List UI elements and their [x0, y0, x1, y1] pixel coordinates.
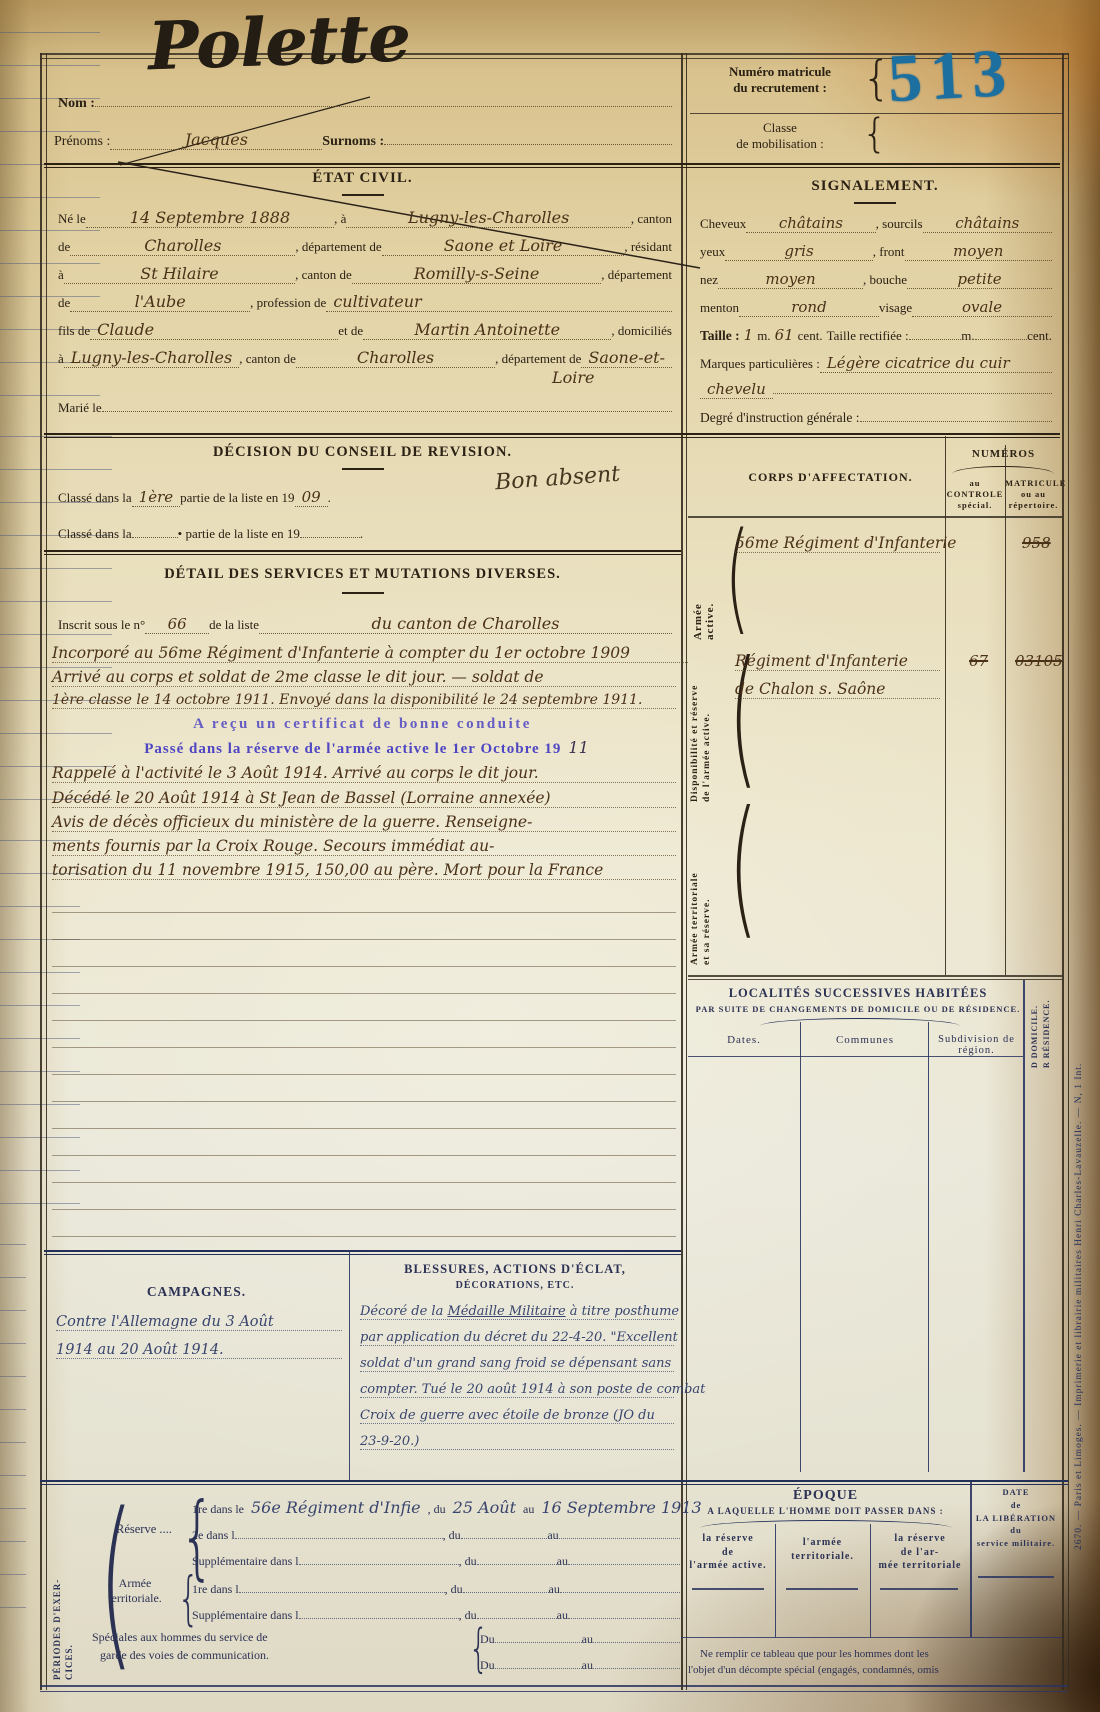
campagnes-title: CAMPAGNES.: [44, 1284, 349, 1300]
localites-brace: [760, 1018, 960, 1026]
label: Inscrit sous le n°: [58, 617, 145, 633]
label: fils de: [58, 323, 90, 339]
label: cent.: [1027, 328, 1052, 344]
blessures-title: BLESSURES, ACTIONS D'ÉCLAT,: [349, 1262, 681, 1277]
dispo-label-2: de l'armée active.: [702, 652, 712, 802]
ec-row3: à St Hilaire , canton de Romilly-s-Seine…: [58, 264, 672, 284]
label: .: [328, 490, 331, 506]
ec-row6: à Lugny-les-Charolles , canton de Charol…: [58, 348, 672, 368]
sig-row3: nez moyen , bouche petite: [700, 270, 1052, 289]
label: m.: [961, 328, 974, 344]
label: visage: [879, 300, 912, 316]
periodes-label-1: PÉRIODES D'EXER-: [52, 1530, 62, 1680]
label: yeux: [700, 244, 725, 260]
prenoms-value: Jacques: [110, 130, 322, 150]
sig-degre-row: Degré d'instruction générale :: [700, 410, 1052, 426]
localites-top-line-2: [688, 979, 1062, 980]
service-entry: Avis de décès officieux du ministère de …: [52, 813, 676, 832]
services-dash: [342, 592, 384, 594]
parents-departement-wrap: Loire: [545, 368, 602, 387]
classe-brace: {: [862, 116, 887, 152]
speciales-label-1: Spéciales aux hommes du service de: [92, 1630, 268, 1645]
label: Cheveux: [700, 216, 746, 232]
chin-value: rond: [739, 298, 879, 317]
blank: [495, 1640, 582, 1643]
blank: [300, 535, 360, 538]
list-origin: du canton de Charolles: [259, 614, 672, 634]
ec-row4: de l'Aube , profession de cultivateur: [58, 292, 672, 312]
label: .: [360, 526, 363, 542]
forehead-value: moyen: [905, 242, 1052, 261]
eyebrows-value: châtains: [923, 214, 1052, 233]
parents-canton: Charolles: [296, 348, 495, 368]
localites-title: LOCALITÉS SUCCESSIVES HABITÉES: [688, 986, 1028, 1001]
label: au: [549, 1582, 560, 1597]
corps-entry-1-matricule: 958: [1015, 534, 1058, 552]
service-entry: Rappelé à l'activité le 3 Août 1914. Arr…: [52, 764, 676, 783]
sig-taille-row: Taille : 1 m. 61 cent. Taille rectifiée …: [700, 326, 1052, 344]
marie-row: Marié le: [58, 400, 672, 416]
label: et de: [338, 323, 363, 339]
mouth-value: petite: [907, 270, 1052, 289]
label: , département de: [295, 239, 381, 255]
blessures-entry: 23-9-20.): [360, 1434, 674, 1450]
armee-active-label-2: active.: [704, 530, 716, 640]
label: m.: [757, 328, 770, 344]
classe-label: Classede mobilisation :: [700, 120, 860, 152]
armee-territoriale-label: Armée territoriale.: [104, 1576, 166, 1606]
epoque-title: ÉPOQUE: [681, 1488, 970, 1504]
localites-subtitle: PAR SUITE DE CHANGEMENTS DE DOMICILE OU …: [688, 1004, 1028, 1014]
reserve-stamp-year-hw: 11: [561, 738, 595, 757]
printer-imprint: 2670. — Paris et Limoges. — Imprimerie e…: [1074, 830, 1084, 1550]
epoque-note-line2: l'objet d'un décompte spécial (engagés, …: [688, 1664, 1060, 1676]
communes-col-header: Communes: [800, 1034, 930, 1046]
reserve-stamp-row: Passé dans la réserve de l'armée active …: [70, 738, 670, 758]
blank: [477, 1616, 557, 1619]
label: , canton de: [239, 351, 296, 367]
per-row-r3: Supplémentaire dans l , du au: [192, 1554, 680, 1569]
blessures-entry: Décoré de la Médaille Militaire à titre …: [360, 1304, 674, 1320]
dates-col-header: Dates.: [688, 1034, 800, 1046]
label: Marié le: [58, 400, 102, 416]
decision-title: DÉCISION DU CONSEIL DE REVISION.: [44, 444, 681, 461]
ec-row1: Né le 14 Septembre 1888 , à Lugny-les-Ch…: [58, 208, 672, 228]
sig-row4: menton rond visage ovale: [700, 298, 1052, 317]
prenoms-row: Prénoms : Jacques Surnoms :: [54, 130, 672, 150]
label: au: [557, 1554, 568, 1569]
per-row-t1: 1re dans l , du au: [192, 1582, 680, 1597]
label: , sourcils: [876, 216, 923, 232]
bonne-conduite-stamp: A reçu un certificat de bonne conduite: [44, 716, 681, 733]
height-cm: 61: [771, 326, 798, 344]
per-row-s1: Du au: [480, 1632, 680, 1647]
residence-canton: Romilly-s-Seine: [352, 264, 601, 284]
corps-entry-2a: Régiment d'Infanterie: [735, 652, 940, 671]
blank: [463, 1590, 549, 1593]
blank: [235, 1536, 443, 1539]
sig-marques-row: Marques particulières : Légère cicatrice…: [700, 354, 1052, 373]
nom-row: Nom :: [58, 96, 672, 112]
epoque-col3-underline: [880, 1588, 958, 1590]
hair-value: châtains: [746, 214, 875, 233]
eyes-value: gris: [725, 242, 872, 261]
section-rule: [44, 550, 681, 555]
label: , résidant: [624, 239, 672, 255]
epoque-subtitle: A LAQUELLE L'HOMME DOIT PASSER DANS :: [681, 1506, 970, 1516]
epoque-col1-header: la réserve de l'armée active.: [681, 1532, 775, 1573]
frame-bottom-inner: [40, 1691, 1068, 1692]
etat-civil-title: ÉTAT CIVIL.: [44, 170, 681, 187]
sig-row2: yeux gris , front moyen: [700, 242, 1052, 261]
label: , département de: [495, 351, 581, 367]
epoque-col1-underline: [692, 1588, 764, 1590]
service-entry: Décédé le 20 Août 1914 à St Jean de Bass…: [52, 789, 676, 808]
localites-vline-1: [800, 1022, 801, 1472]
services-inscrit-row: Inscrit sous le n° 66 de la liste du can…: [58, 614, 672, 634]
decision-dash: [342, 468, 384, 470]
label: Du: [480, 1658, 495, 1673]
label: , du: [445, 1582, 463, 1597]
blank: [495, 1666, 582, 1669]
label: cent.: [798, 328, 823, 344]
armee-active-label-1: Armée: [692, 530, 704, 640]
marks-value: Légère cicatrice du cuir: [820, 354, 1052, 373]
campagnes-top-rule: [44, 1250, 681, 1255]
corps-affectation-header: CORPS D'AFFECTATION.: [716, 470, 945, 485]
sig-row1: Cheveux châtains , sourcils châtains: [700, 214, 1052, 233]
label: Taille :: [700, 328, 740, 344]
localites-vline-2: [928, 1022, 929, 1472]
localites-header-line: [688, 1056, 1023, 1057]
epoque-col2-header: l'armée territoriale.: [775, 1536, 870, 1563]
liberation-date-header: DATE de LA LIBÉRATION du service militai…: [970, 1486, 1062, 1550]
frame-bottom: [40, 1685, 1068, 1687]
epoque-note-line1: Ne remplir ce tableau que pour les homme…: [700, 1648, 1060, 1660]
per-row-t2: Supplémentaire dans l , du au: [192, 1608, 680, 1623]
surname-script: Polette: [147, 0, 569, 85]
label: 2e dans l: [192, 1528, 235, 1543]
birth-canton: Charolles: [70, 236, 295, 256]
blank: [299, 1616, 459, 1619]
epoque-col3-header: la réserve de l'ar- mée territoriale: [870, 1532, 970, 1573]
campagnes-entry: 1914 au 20 Août 1914.: [56, 1342, 342, 1359]
blank: [559, 1536, 680, 1539]
birth-date: 14 Septembre 1888: [86, 208, 334, 228]
label: Degré d'instruction générale :: [700, 410, 860, 426]
etat-civil-dash: [342, 194, 384, 196]
blessures-subtitle: DÉCORATIONS, ETC.: [349, 1280, 681, 1291]
marie-blank: [102, 409, 672, 412]
localites-top-line: [688, 975, 1062, 977]
services-title: DÉTAIL DES SERVICES ET MUTATIONS DIVERSE…: [44, 566, 681, 583]
nom-label: Nom :: [58, 96, 95, 112]
label: Marques particulières :: [700, 356, 820, 372]
blessures-entry: soldat d'un grand sang froid se dépensan…: [360, 1356, 674, 1372]
reserve-label: Réserve ....: [116, 1522, 172, 1537]
label: , profession de: [250, 295, 326, 311]
label: , département: [601, 267, 672, 283]
decision-row2: Classé dans la • partie de la liste en 1…: [58, 526, 478, 542]
signalement-dash: [854, 202, 896, 204]
residence-departement: l'Aube: [70, 292, 250, 312]
label: au: [547, 1528, 558, 1543]
label: , domiciliés: [611, 323, 672, 339]
label: , front: [873, 244, 905, 260]
campagnes-entry: Contre l'Allemagne du 3 Août: [56, 1314, 342, 1331]
blank: [299, 1562, 459, 1565]
label: 1re dans l: [192, 1582, 239, 1597]
military-register-sheet: Polette Nom : Prénoms : Jacques Surnoms …: [0, 0, 1100, 1712]
numeros-brace: [952, 466, 1054, 474]
list-number: 66: [145, 615, 209, 634]
service-entry: torisation du 11 novembre 1915, 150,00 a…: [52, 861, 676, 880]
blessures-entry: par application du décret du 22-4-20. "E…: [360, 1330, 674, 1346]
decision-note: Bon absent: [494, 462, 621, 496]
matricule-number-stamp: 513: [886, 33, 1016, 118]
list-part-value: 1ère: [132, 488, 180, 507]
parents-departement: Saone-et-: [581, 348, 672, 368]
epoque-brace: [700, 1520, 952, 1528]
ec-row5: fils de Claude et de Martin Antoinette ,…: [58, 320, 672, 340]
label: Né le: [58, 211, 86, 227]
service-entry: Arrivé au corps et soldat de 2me classe …: [52, 668, 676, 687]
blank: [975, 337, 1028, 340]
label: de: [58, 239, 70, 255]
epoque-vline-2: [870, 1524, 871, 1637]
corps-vline-1: [945, 436, 946, 975]
nose-value: moyen: [718, 270, 863, 289]
service-entry: 1ère classe le 14 octobre 1911. Envoyé d…: [52, 692, 676, 709]
label: menton: [700, 300, 739, 316]
mother-name: Martin Antoinette: [363, 320, 611, 340]
residence: St Hilaire: [64, 264, 295, 284]
label: Classé dans la: [58, 526, 132, 542]
matricule-label: Numéro matriculedu recrutement :: [700, 64, 860, 96]
label: au: [523, 1502, 534, 1517]
parents-domicile: Lugny-les-Charolles: [64, 348, 239, 368]
text: à titre posthume: [566, 1304, 679, 1319]
epoque-vline-1: [775, 1524, 776, 1637]
height-m: 1: [740, 326, 758, 344]
domicile-col-header-1: D DOMICILE.: [1030, 988, 1039, 1068]
blank: [909, 337, 962, 340]
blank: [860, 419, 1053, 422]
blank: [239, 1590, 445, 1593]
sig-marques-row2: chevelu: [700, 380, 1052, 399]
subdivision-col-header: Subdivision de région.: [928, 1034, 1025, 1056]
label: Supplémentaire dans l: [192, 1608, 299, 1623]
label: , du: [443, 1528, 461, 1543]
dispo-label-1: Disponibilité et réserve: [690, 652, 700, 802]
domicile-col-header-2: R RÉSIDENCE.: [1042, 988, 1051, 1068]
reserve-stamp: Passé dans la réserve de l'armée active …: [144, 741, 561, 758]
blank: [568, 1562, 680, 1565]
epoque-col2-underline: [786, 1588, 858, 1590]
decision-row1: Classé dans la 1ère partie de la liste e…: [58, 488, 478, 507]
blank: [461, 1536, 548, 1539]
localites-vline-3: [1023, 980, 1025, 1472]
label: , du: [428, 1502, 446, 1517]
father-name: Claude: [90, 320, 338, 340]
blank-ruled-lines: [52, 886, 676, 1246]
face-value: ovale: [912, 298, 1052, 317]
label: , à: [334, 211, 346, 227]
label: Classé dans la: [58, 490, 132, 506]
label: au: [557, 1608, 568, 1623]
service-entry: Incorporé au 56me Régiment d'Infanterie …: [52, 644, 688, 663]
blank: [593, 1640, 680, 1643]
blessures-entry: compter. Tué le 20 août 1914 à son poste…: [360, 1382, 674, 1398]
blank: [560, 1590, 680, 1593]
list-year-value: 09: [295, 488, 328, 507]
text: Décoré de la: [360, 1304, 447, 1319]
signalement-title: SIGNALEMENT.: [688, 178, 1062, 195]
speciales-label-2: garde des voies de communication.: [100, 1648, 269, 1663]
reserve-period-start: 25 Août: [446, 1498, 523, 1517]
profession: cultivateur: [326, 292, 672, 312]
group3-brace: (: [729, 800, 758, 935]
blank: [132, 535, 178, 538]
surnoms-blank: [384, 142, 672, 145]
label: , bouche: [863, 272, 907, 288]
label: , canton: [631, 211, 672, 227]
reserve-regiment-value: 56e Régiment d'Infie: [244, 1498, 428, 1517]
birth-departement: Saone et Loire: [382, 236, 625, 256]
corps-entry-2-controle: 67: [962, 652, 995, 670]
epoque-date-underline: [978, 1576, 1054, 1578]
corps-vline-2: [1005, 445, 1006, 975]
label: , du: [459, 1554, 477, 1569]
label: de la liste: [209, 617, 259, 633]
corps-entry-1: 56me Régiment d'Infanterie: [735, 534, 940, 553]
birth-place: Lugny-les-Charolles: [346, 208, 630, 228]
corps-entry-2b: de Chalon s. Saône: [735, 680, 940, 699]
epoque-bottom-line: [681, 1637, 1062, 1638]
blank: [568, 1616, 680, 1619]
service-entry: ments fournis par la Croix Rouge. Secour…: [52, 837, 676, 856]
periodes-label-2: CICES.: [64, 1530, 74, 1680]
controle-col-header: au CONTROLE spécial.: [945, 478, 1005, 511]
label: au: [582, 1632, 593, 1647]
label: Taille rectifiée :: [827, 328, 909, 344]
label: Supplémentaire dans l: [192, 1554, 299, 1569]
label: au: [582, 1658, 593, 1673]
nom-blank: [95, 104, 672, 107]
section-rule: [44, 433, 1060, 438]
marks-value-2: chevelu: [700, 380, 773, 399]
matricule-col-header: MATRICULE ou au répertoire.: [1005, 478, 1062, 511]
label: 1re dans le: [192, 1502, 244, 1517]
label: , canton de: [295, 267, 352, 283]
prenoms-label: Prénoms :: [54, 134, 110, 150]
label: de: [58, 295, 70, 311]
surnoms-label: Surnoms :: [322, 134, 384, 150]
territoriale-label-1: Armée territoriale: [690, 800, 700, 965]
blessures-entry: Croix de guerre avec étoile de bronze (J…: [360, 1408, 674, 1424]
label: • partie de la liste en 19: [178, 526, 300, 542]
ec-row2: de Charolles , département de Saone et L…: [58, 236, 672, 256]
per-row-s2: Du au: [480, 1658, 680, 1673]
label: Du: [480, 1632, 495, 1647]
label: nez: [700, 272, 718, 288]
territoriale-label-2: et sa réserve.: [702, 800, 712, 965]
epoque-vline-3: [970, 1482, 972, 1637]
numeros-header: NUMÉROS: [945, 448, 1062, 460]
localites-rows: [0, 1212, 26, 1616]
corps-entry-2-matricule: 03105: [1008, 652, 1070, 670]
label: partie de la liste en 19: [180, 490, 294, 506]
blank: [773, 391, 1052, 394]
medaille-militaire-underlined: Médaille Militaire: [447, 1304, 565, 1319]
blank: [477, 1562, 557, 1565]
blank: [593, 1666, 680, 1669]
per-row-r2: 2e dans l , du au: [192, 1528, 680, 1543]
section-rule: [44, 163, 1060, 168]
